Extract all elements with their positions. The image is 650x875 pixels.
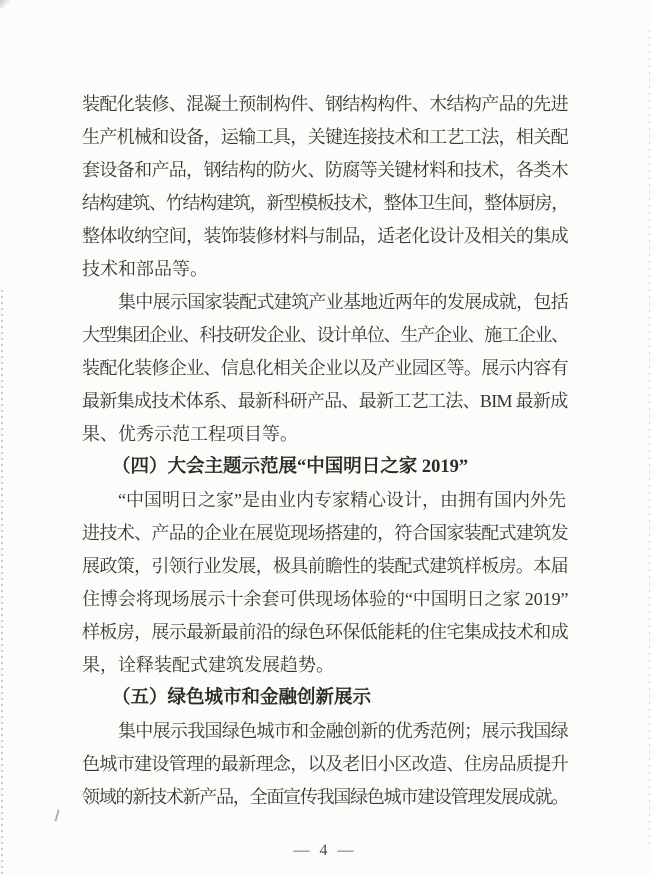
text-line: 套设备和产品，钢结构的防火、防腐等关键材料和技术，各类木 bbox=[82, 154, 568, 187]
document-body: 装配化装修、混凝土预制构件、钢结构构件、木结构产品的先进生产机械和设备，运输工具… bbox=[82, 88, 568, 814]
text-line: 进技术、产品的企业在展览现场搭建的，符合国家装配式建筑发 bbox=[82, 517, 568, 550]
text-line: 住博会将现场展示十余套可供现场体验的“中国明日之家 2019” bbox=[82, 583, 568, 616]
text-line: 最新集成技术体系、最新科研产品、最新工艺工法、BIM 最新成 bbox=[82, 385, 568, 418]
text-line: 技术和部品等。 bbox=[82, 253, 568, 286]
heading-line: （四）大会主题示范展“中国明日之家 2019” bbox=[82, 451, 568, 484]
text-line: 样板房，展示最新最前沿的绿色环保低能耗的住宅集成技术和成 bbox=[82, 616, 568, 649]
page-number: — 4 — bbox=[0, 842, 650, 860]
text-line: 大型集团企业、科技研发企业、设计单位、生产企业、施工企业、 bbox=[82, 319, 568, 352]
text-line: 装配化装修、混凝土预制构件、钢结构构件、木结构产品的先进 bbox=[82, 88, 568, 121]
document-page: 装配化装修、混凝土预制构件、钢结构构件、木结构产品的先进生产机械和设备，运输工具… bbox=[0, 0, 650, 875]
text-line: 生产机械和设备，运输工具，关键连接技术和工艺工法，相关配 bbox=[82, 121, 568, 154]
text-line: 集中展示国家装配式建筑产业基地近两年的发展成就，包括 bbox=[82, 286, 568, 319]
text-line: 色城市建设管理的最新理念，以及老旧小区改造、住房品质提升 bbox=[82, 748, 568, 781]
text-line: “中国明日之家”是由业内专家精心设计，由拥有国内外先 bbox=[82, 484, 568, 517]
text-line: 集中展示我国绿色城市和金融创新的优秀范例；展示我国绿 bbox=[82, 715, 568, 748]
text-line: 装配化装修企业、信息化相关企业以及产业园区等。展示内容有 bbox=[82, 352, 568, 385]
text-line: 果，诠释装配式建筑发展趋势。 bbox=[82, 649, 568, 682]
left-edge-scan-artifact bbox=[1, 290, 3, 875]
heading-line: （五）绿色城市和金融创新展示 bbox=[82, 682, 568, 715]
text-line: 结构建筑、竹结构建筑，新型模板技术，整体卫生间，整体厨房， bbox=[82, 187, 568, 220]
text-line: 果、优秀示范工程项目等。 bbox=[82, 418, 568, 451]
corner-smudge-artifact bbox=[0, 0, 10, 8]
text-line: 整体收纳空间，装饰装修材料与制品，适老化设计及相关的集成 bbox=[82, 220, 568, 253]
ink-speck-artifact bbox=[54, 809, 63, 822]
text-line: 展政策，引领行业发展，极具前瞻性的装配式建筑样板房。本届 bbox=[82, 550, 568, 583]
text-line: 领域的新技术新产品，全面宣传我国绿色城市建设管理发展成就。 bbox=[82, 781, 568, 814]
